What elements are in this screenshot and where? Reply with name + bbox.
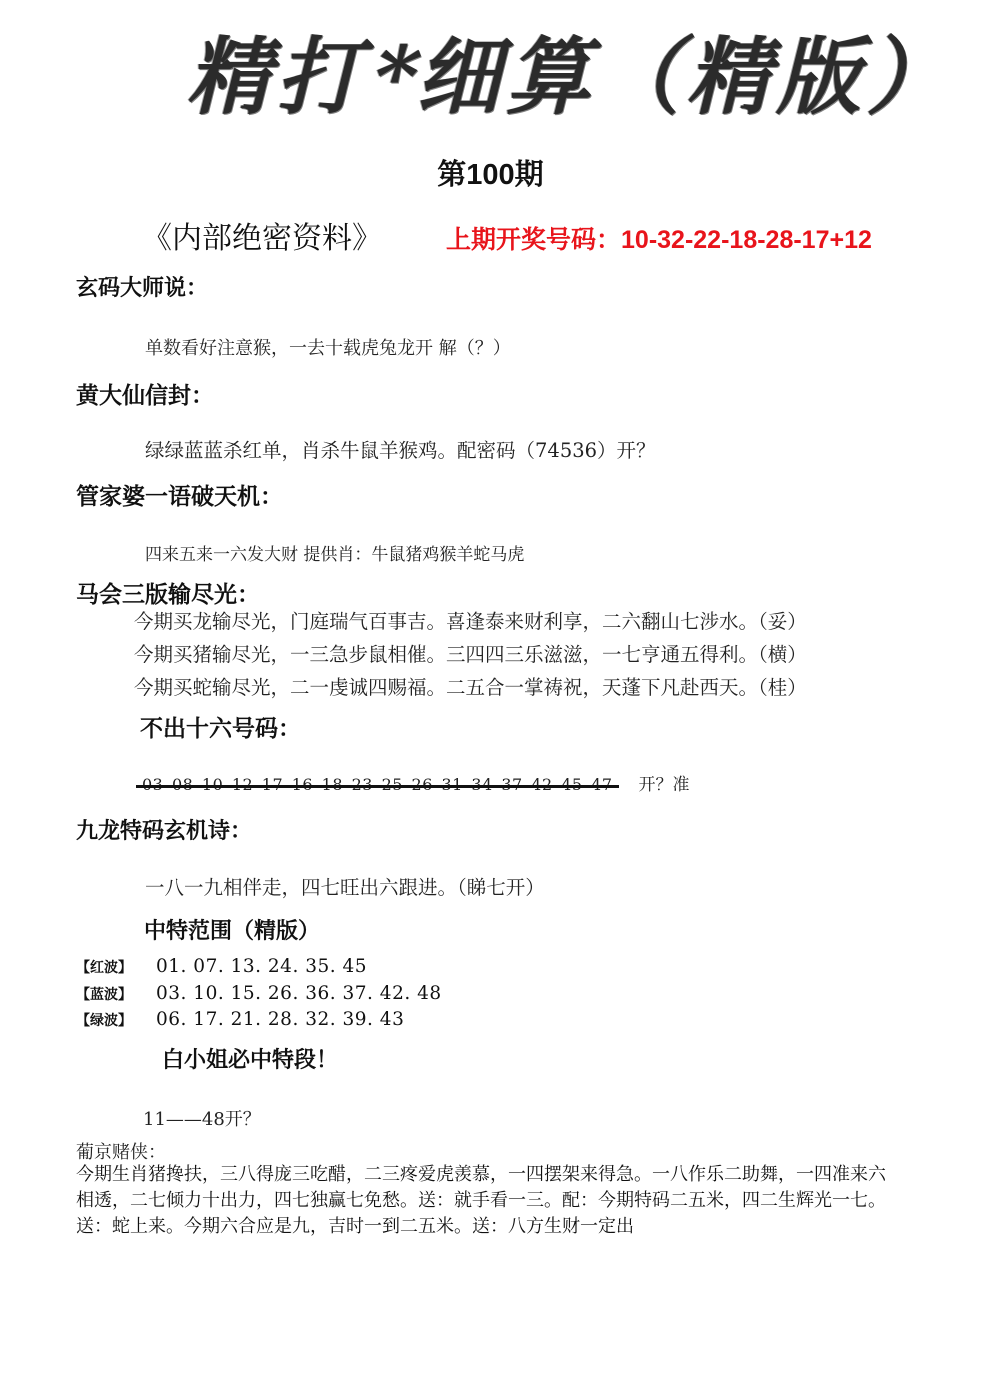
section-title-baixiaojie: 白小姐必中特段！ bbox=[162, 1043, 338, 1074]
section-title-huangdaxian: 黄大仙信封： bbox=[76, 377, 214, 410]
wave-numbers: 06. 17. 21. 28. 32. 39. 43 bbox=[156, 1009, 404, 1030]
excluded-numbers: 03 08 10 12 17 16 18 23 25 26 31 34 37 4… bbox=[136, 775, 619, 794]
wave-row-red: 【红波】01. 07. 13. 24. 35. 45 bbox=[76, 956, 367, 977]
section-title-guanjiapo: 管家婆一语破天机： bbox=[76, 478, 283, 511]
mahui-line: 今期买猪输尽光，一三急步鼠相催。三四四三乐滋滋，一七亨通五得利。（横） bbox=[134, 639, 807, 667]
pujing-line: 今期生肖猪搀扶，三八得庞三吃醋，二三疼爱虎羡慕，一四摆架来得急。一八作乐二助舞，… bbox=[76, 1162, 936, 1188]
wave-label: 【红波】 bbox=[76, 957, 156, 977]
section-title-zhongte: 中特范围（精版） bbox=[144, 914, 320, 945]
mahui-line: 今期买蛇输尽光，二一虔诚四赐福。二五合一掌祷祝，天蓬下凡赴西天。（桂） bbox=[134, 672, 807, 700]
section-title-xuanma: 玄码大师说： bbox=[76, 271, 208, 302]
section-text-huangdaxian: 绿绿蓝蓝杀红单，肖杀牛鼠羊猴鸡。配密码（74536）开？ bbox=[145, 435, 656, 463]
section-text-pujing: 今期生肖猪搀扶，三八得庞三吃醋，二三疼爱虎羡慕，一四摆架来得急。一八作乐二助舞，… bbox=[76, 1162, 936, 1240]
section-title-buchu: 不出十六号码： bbox=[140, 710, 301, 743]
pujing-line: 送：蛇上来。今期六合应是九，吉时一到二五米。送：八方生财一定出 bbox=[76, 1214, 936, 1240]
issue-number: 第100期 bbox=[0, 152, 981, 193]
section-title-jiulong: 九龙特码玄机诗： bbox=[76, 814, 252, 845]
wave-numbers: 03. 10. 15. 26. 36. 37. 42. 48 bbox=[156, 983, 442, 1004]
mahui-line: 今期买龙输尽光，门庭瑞气百事吉。喜逢泰来财利享，二六翻山七涉水。（妥） bbox=[134, 606, 807, 634]
wave-label: 【绿波】 bbox=[76, 1010, 156, 1030]
excluded-numbers-tail: 开？准 bbox=[639, 775, 690, 795]
banner-title: 精打*细算（精版） bbox=[180, 22, 807, 132]
wave-numbers: 01. 07. 13. 24. 35. 45 bbox=[156, 956, 367, 977]
last-draw-results: 上期开奖号码：10-32-22-18-28-17+12 bbox=[446, 220, 872, 256]
last-draw-numbers: 10-32-22-18-28-17+12 bbox=[621, 226, 872, 254]
wave-row-green: 【绿波】06. 17. 21. 28. 32. 39. 43 bbox=[76, 1009, 404, 1030]
section-text-xuanma: 单数看好注意猴，一去十载虎兔龙开 解（？） bbox=[145, 334, 511, 360]
pujing-line: 相透，二七倾力十出力，四七独赢七免愁。送：就手看一三。配：今期特码二五米，四二生… bbox=[76, 1188, 936, 1214]
section-text-baixiaojie: 11——48开？ bbox=[143, 1105, 261, 1131]
section-text-guanjiapo: 四来五来一六发大财 提供肖：牛鼠猪鸡猴羊蛇马虎 bbox=[145, 540, 524, 565]
wave-row-blue: 【蓝波】03. 10. 15. 26. 36. 37. 42. 48 bbox=[76, 983, 442, 1004]
section-text-jiulong: 一八一九相伴走，四七旺出六跟进。（睇七开） bbox=[145, 872, 545, 900]
secret-title: 《内部绝密资料》 bbox=[142, 213, 382, 257]
wave-label: 【蓝波】 bbox=[76, 984, 156, 1004]
excluded-numbers-row: 03 08 10 12 17 16 18 23 25 26 31 34 37 4… bbox=[136, 770, 690, 795]
section-title-pujing: 葡京赌侠： bbox=[76, 1138, 166, 1164]
section-title-mahui: 马会三版输尽光： bbox=[76, 576, 260, 609]
last-draw-label: 上期开奖号码： bbox=[446, 226, 621, 254]
